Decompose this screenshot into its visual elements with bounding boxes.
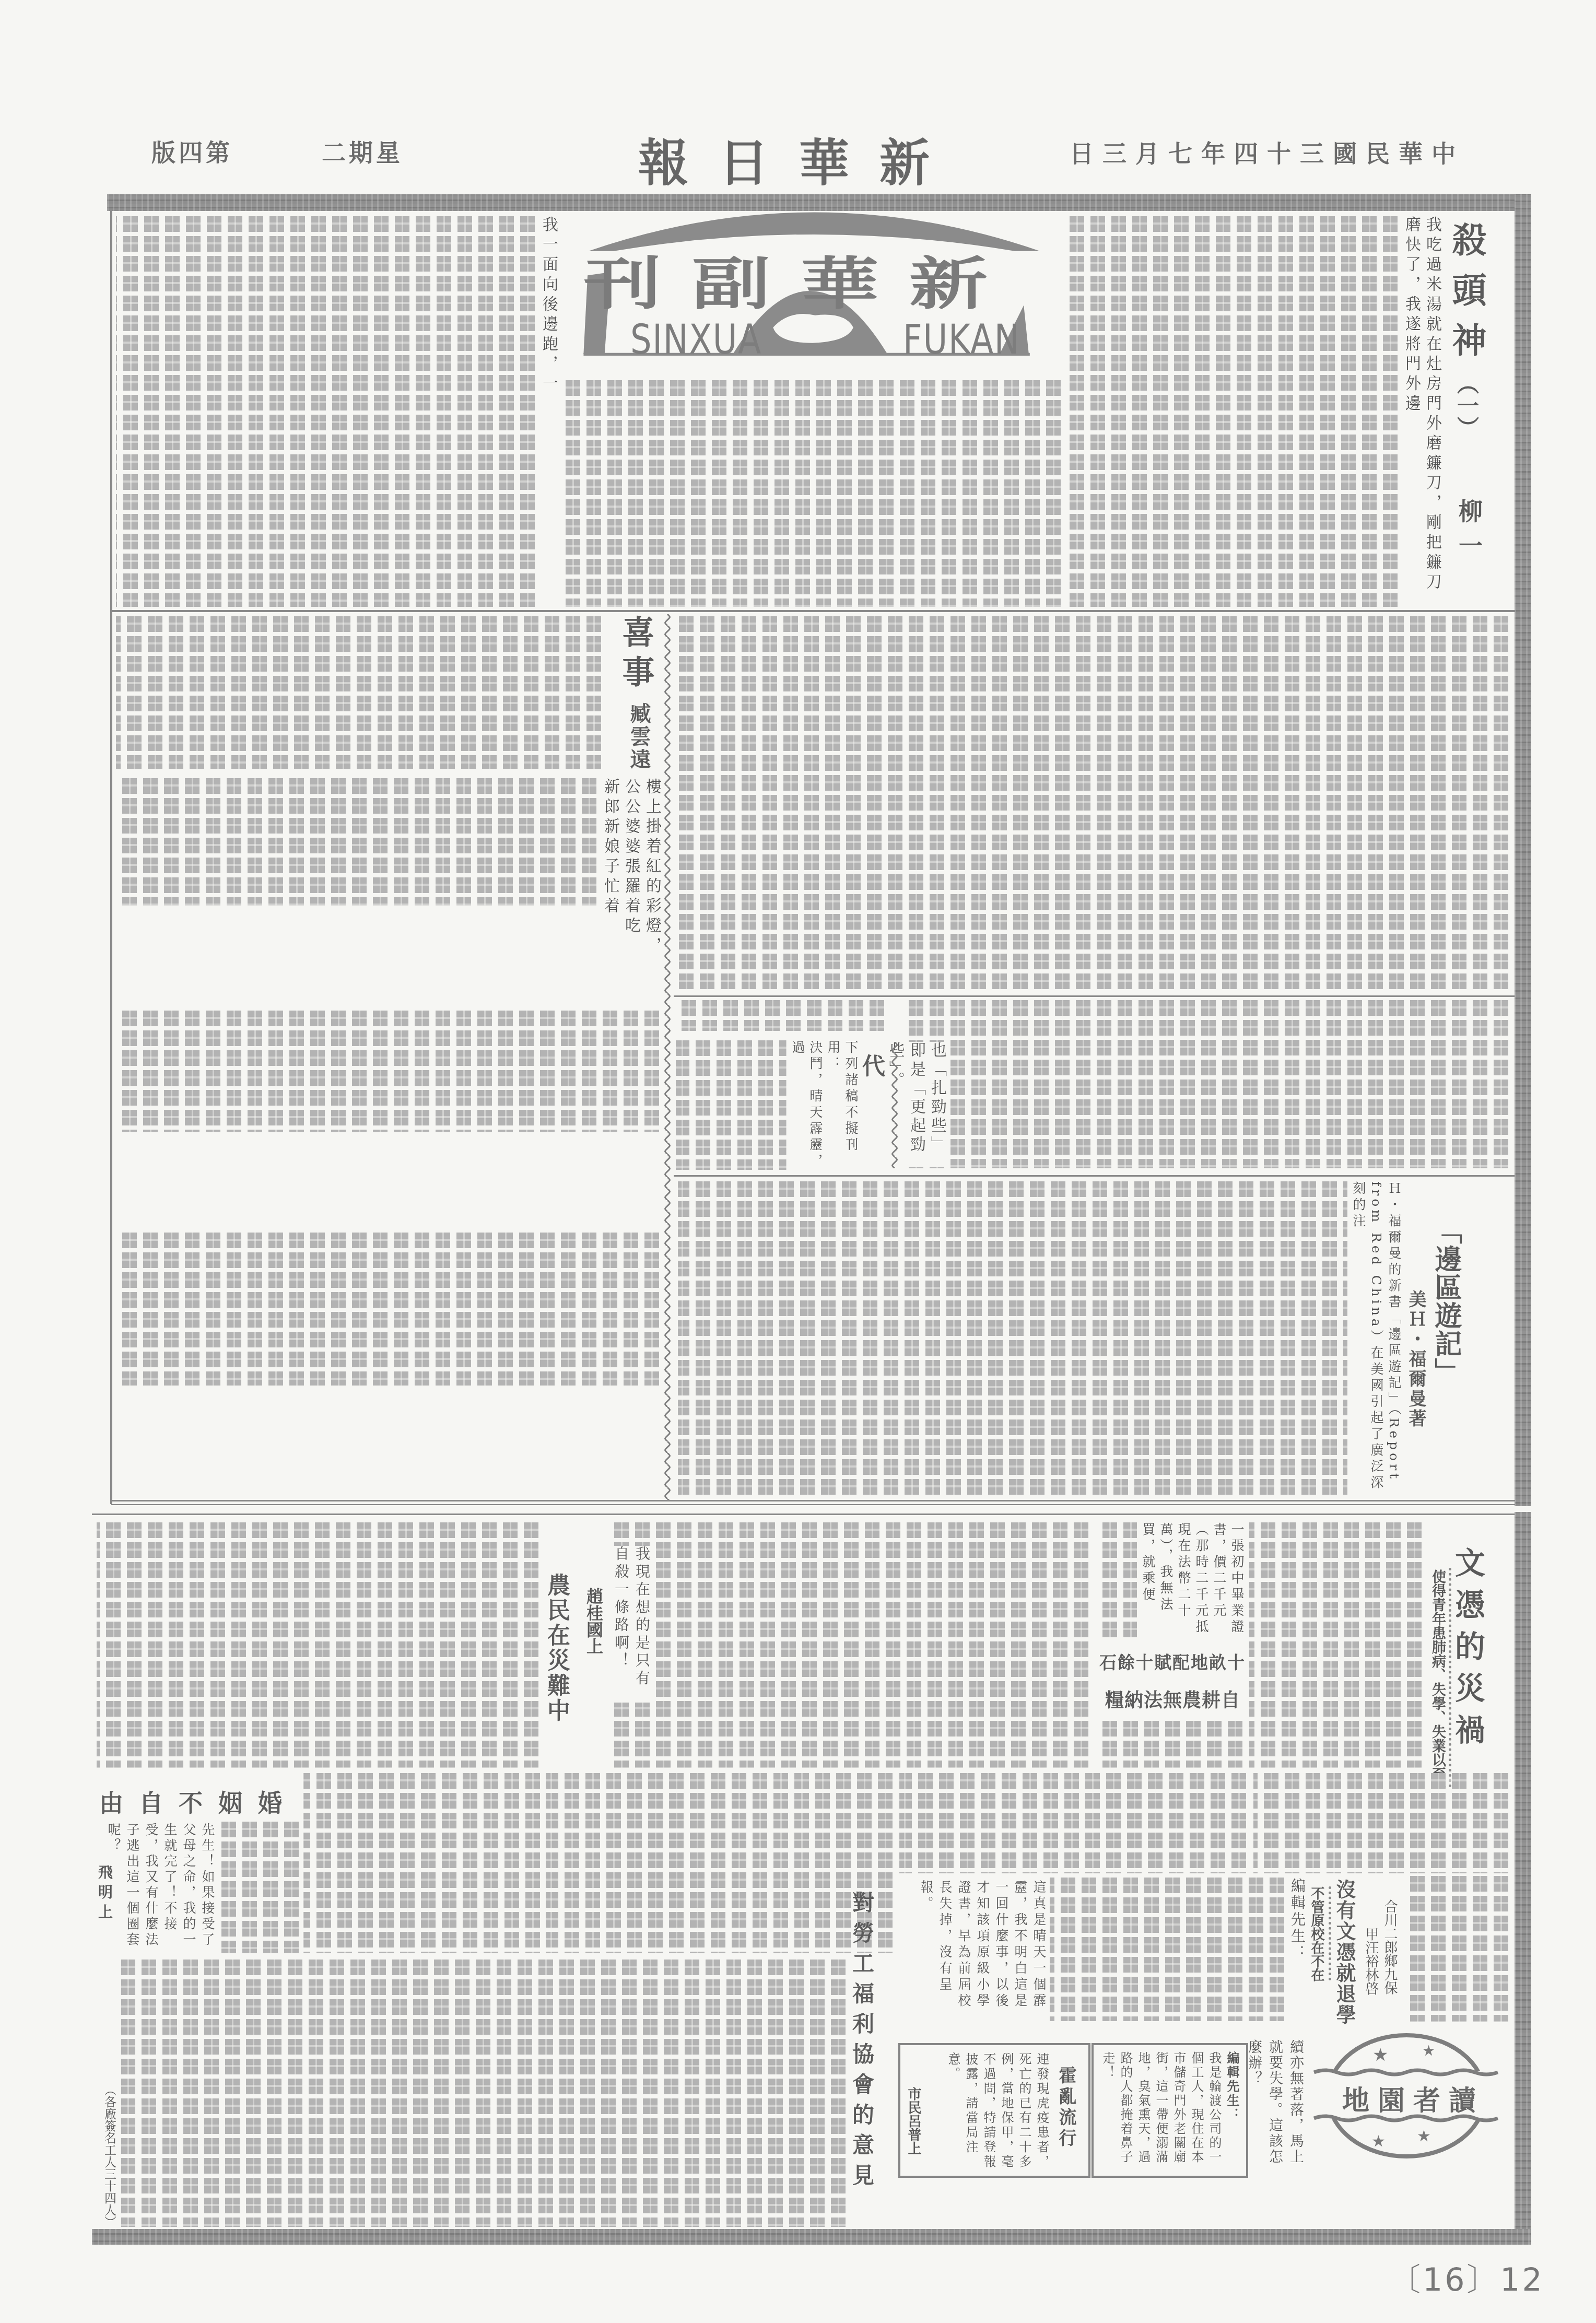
svg-text:★: ★ (1417, 2127, 1431, 2145)
cholera-letter-title: 霍亂流行 (1058, 2066, 1079, 2165)
logo-chinese-title: 新華副刊 (583, 238, 1018, 320)
sha-tou-shen-part: （一） (1454, 372, 1480, 438)
diploma-disaster-excerpt: 一張初中畢業證書，價二千元（那時二千元抵現在法幣二十萬），我無法買，就乘便 (1137, 1522, 1246, 1640)
text-above-no-diploma (899, 1773, 1249, 1873)
letter-continuation-text (1253, 1773, 1511, 1873)
marriage-headline: 婚姻不自由 (99, 1784, 298, 1818)
story-text-band2-right (676, 616, 1511, 991)
xi-shi-poem-stanza-1: 樓上掛着紅的彩燈， 公公婆婆張羅着吃 新郎新娘子忙着 (116, 778, 662, 998)
ferry-letter-text: 編輯先生： 我是輪渡公司的一個工人，現住在本市儲奇門外老關廟街，這一帶便溺滿地，… (1095, 2051, 1241, 2173)
land-tax-headline-line-2: 自耕農無法納糧 (1105, 1686, 1240, 1712)
svg-text:★: ★ (1422, 2042, 1435, 2059)
cholera-letter-signature: 市民呂普上 (907, 2087, 923, 2171)
sha-tou-shen-title-text: 殺頭神 (1446, 222, 1487, 372)
previous-letter-closing: 我現在想的是只有自殺一條路啊！ (608, 1546, 652, 1703)
top-section-right-bar (1515, 194, 1531, 1506)
xi-shi-title: 喜事 (625, 615, 659, 699)
cholera-letter-body: 連發現虎疫患者，死亡的已有二十多例，當地保甲，毫不過問，特請登報披露，請當局注意… (925, 2052, 1051, 2172)
story-text-band2-left (116, 616, 604, 769)
sha-tou-shen-body: 我吃過米湯就在灶房門外磨鐮刀，剛把鐮刀磨快了，我遂將門外邊 (1069, 216, 1442, 607)
svg-text:★: ★ (1372, 2045, 1388, 2066)
sha-tou-shen-opening: 我吃過米湯就在灶房門外磨鐮刀，剛把鐮刀磨快了，我遂將門外邊 (1399, 216, 1442, 607)
diploma-disaster-title: 文憑的災禍 (1458, 1547, 1489, 1761)
no-diploma-title: 沒有文憑就退學 (1335, 1879, 1359, 2031)
story-continuation-text: 我一面向後邊跑，一 (116, 216, 559, 607)
poem-line: 公公婆婆張羅着吃 (620, 778, 641, 957)
border-region-author: 美Ｈ・福爾曼著 (1407, 1290, 1429, 1436)
band-divider-3 (674, 1175, 1515, 1177)
poem-line: 新郎新娘子忙着 (600, 778, 620, 957)
farmers-body (97, 1522, 542, 1768)
edition-label: 第四版 (151, 134, 233, 168)
ferry-letter-salutation: 編輯先生： (1223, 2051, 1241, 2173)
letter-box-ferry-worker: 編輯先生： 我是輪渡公司的一個工人，現住在本市儲奇門外老關廟街，這一帶便溺滿地，… (1092, 2043, 1248, 2178)
land-tax-headline: 十畝地配賦十餘石 自耕農無法納糧 (1097, 1644, 1246, 1717)
logo-latin-left: SINXUA (630, 316, 762, 363)
land-tax-headline-line-1: 十畝地配賦十餘石 (1099, 1649, 1246, 1674)
bottom-section-right-bar (1515, 1512, 1531, 2230)
middle-column-text (546, 1773, 896, 1953)
diploma-disaster-subtitle: 使得青年患肺病、失學、失業以至於 (1430, 1569, 1448, 1799)
marriage-signature: 飛明上 (97, 1864, 115, 1932)
story-fragment: 我一面向後邊跑，一 (536, 216, 559, 607)
readers-corner-label: 讀者園地 (1342, 2079, 1484, 2118)
newspaper-page: 第四版 星期二 新華日報 中華民國三十四年七月三日 我一面向後邊跑，一 新華副刊… (0, 0, 1596, 2323)
previous-letter-signature-1: 合川二郎鄉九保 (1383, 1899, 1400, 2009)
xi-shi-poem-stanza-3 (116, 1233, 662, 1496)
logo-latin-right: FUKAN (903, 316, 1020, 363)
diploma-disaster-body-2: 一張初中畢業證書，價二千元（那時二千元抵現在法幣二十萬），我無法買，就乘便 (1097, 1522, 1246, 1640)
dotted-accent-line-2 (1329, 1886, 1331, 1980)
supplement-logo: 新華副刊 SINXUA FUKAN (564, 208, 1065, 374)
dai-you-line: 決鬥，晴天霹靂，過 (789, 1040, 824, 1170)
xi-shi-poem-stanza-2 (116, 1011, 662, 1219)
dai-you-line: 下列諸稿不擬刊用： (824, 1040, 860, 1170)
svg-text:★: ★ (1371, 2132, 1386, 2151)
labor-welfare-body (121, 1960, 849, 2227)
no-diploma-body (1050, 1878, 1287, 2021)
band-divider-2 (674, 995, 1515, 997)
marriage-excerpt: 先生！如果接受了父母之命，我的一生就完了！不接受，我又有什麼法子逃出這一個圈套呢… (118, 1823, 217, 1952)
dai-you-lines: 下列諸稿不擬刊用： 決鬥，晴天霹靂，過 (787, 1040, 860, 1170)
previous-letter-signature-2: 甲汪裕林啓 (1364, 1927, 1381, 2016)
letter-box-cholera: 霍亂流行 連發現虎疫患者，死亡的已有二十多例，當地保甲，毫不過問，特請登報披露，… (898, 2043, 1090, 2178)
page-reference-number: 〔16〕12 (1389, 2255, 1544, 2300)
previous-letter-signature: 趙桂國上 (584, 1588, 606, 1661)
story-fragment-jin: 也「扎勁些」即是「更起勁些」。 (902, 1042, 947, 1167)
border-region-body: Ｈ・福爾曼的新書「邊區遊記」（Report from Red China）在美國… (678, 1181, 1403, 1496)
issue-date: 中華民國三十四年七月三日 (1070, 135, 1464, 169)
farmers-title: 農民在災難中 (546, 1573, 573, 1730)
no-diploma-excerpt: 這真是晴天一個霹靂，我不明白這是一回什麼事，以後才知該項原級小學證書，早為前屆校… (899, 1880, 1048, 2020)
border-region-opening: Ｈ・福爾曼的新書「邊區遊記」（Report from Red China）在美國… (1347, 1181, 1403, 1496)
story-text-band3 (902, 1000, 1511, 1168)
no-diploma-closing: 續亦無著落，馬上就要失學。這該怎麼辦？ (1253, 2039, 1306, 2175)
readers-corner-stamp: ★ ★ ★ ★ 讀者園地 (1310, 2031, 1503, 2161)
dotted-accent-line (1449, 1568, 1451, 1792)
story-text-below-logo (565, 380, 1064, 607)
mixed-articles-body (612, 1522, 1092, 1768)
band-divider-1 (111, 610, 1515, 612)
top-section-left-border (110, 211, 112, 1504)
marriage-body (303, 1773, 543, 1953)
border-region-title: 「邊區遊記」 (1434, 1217, 1465, 1394)
no-diploma-subtitle: 不管原校在不在 (1311, 1886, 1327, 1991)
weekday-label: 星期二 (322, 134, 403, 168)
dai-you-list: 下列諸稿不擬刊用： 決鬥，晴天霹靂，過 (676, 1040, 860, 1170)
top-section-bottom-rule (111, 1500, 1515, 1501)
wavy-column-divider (664, 614, 671, 1500)
top-section-bottom-rule-2 (111, 1504, 1515, 1505)
land-tax-body (1097, 1721, 1246, 1768)
masthead-title: 新華日報 (638, 123, 960, 195)
marriage-body-2 (219, 1822, 302, 1953)
no-diploma-salutation: 編輯先生： (1289, 1878, 1308, 1962)
text-above-dai-you (676, 1000, 887, 1038)
labor-welfare-closing: （各廠簽名工人三十四人） (97, 2084, 118, 2235)
sha-tou-shen-title: 殺頭神（一） (1453, 222, 1492, 467)
xi-shi-poem-lines: 樓上掛着紅的彩燈， 公公婆婆張羅着吃 新郎新娘子忙着 (597, 778, 662, 957)
sha-tou-shen-author: 柳一 (1459, 499, 1486, 598)
page-bottom-rule (92, 2229, 1531, 2245)
bottom-section-top-rule (92, 1514, 1515, 1515)
xi-shi-author: 臧雲遠 (630, 702, 654, 773)
letter-continuation-text-2 (1405, 1876, 1511, 2022)
ferry-letter-body: 我是輪渡公司的一個工人，現住在本市儲奇門外老關廟街，這一帶便溺滿地，臭氣熏天，過… (1099, 2051, 1223, 2173)
labor-welfare-title: 對勞工福利協會的意見 (852, 1891, 877, 2204)
poem-line: 樓上掛着紅的彩燈， (641, 778, 662, 957)
dai-you-title: 代郵 (862, 1054, 888, 1137)
diploma-disaster-body (1249, 1522, 1425, 1768)
wavy-divider-dai-you (891, 1042, 898, 1168)
